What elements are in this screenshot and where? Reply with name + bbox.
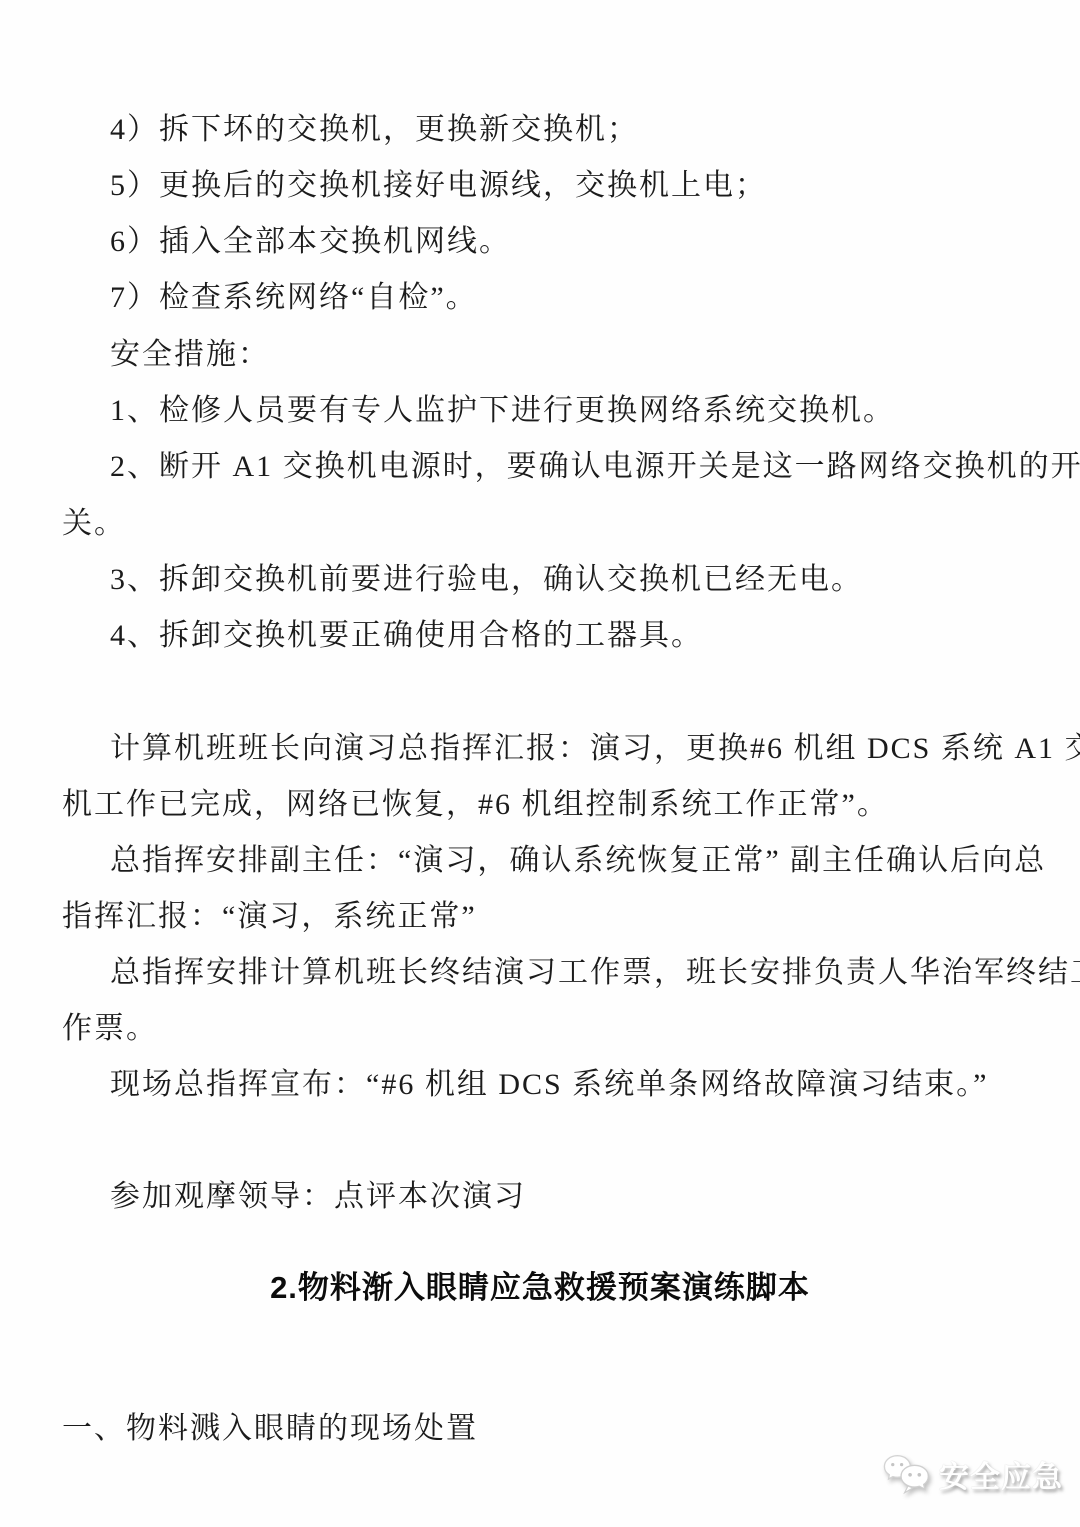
- body-line: 4）拆下坏的交换机，更换新交换机；: [110, 112, 639, 148]
- section-heading: 2.物料渐入眼睛应急救援预案演练脚本: [0, 1262, 1080, 1307]
- body-line: 参加观摩领导：点评本次演习: [110, 1179, 526, 1215]
- wechat-bubbles-icon: [882, 1453, 932, 1495]
- body-line: 总指挥安排计算机班长终结演习工作票，班长安排负责人华治军终结工: [110, 955, 1080, 991]
- body-line: 6）插入全部本交换机网线。: [110, 224, 511, 260]
- continuation-line: 关。: [62, 506, 126, 542]
- document-page: 4）拆下坏的交换机，更换新交换机； 5）更换后的交换机接好电源线，交换机上电； …: [0, 0, 1080, 1527]
- continuation-line: 指挥汇报：“演习，系统正常”: [62, 899, 477, 935]
- continuation-line: 作票。: [62, 1011, 158, 1047]
- watermark-label: 安全应急: [939, 1452, 1063, 1496]
- body-line: 4、拆卸交换机要正确使用合格的工器具。: [110, 618, 703, 654]
- subsection-title: 一、物料溅入眼睛的现场处置: [62, 1411, 478, 1447]
- watermark: 安全应急: [882, 1452, 1063, 1496]
- body-line: 3、拆卸交换机前要进行验电，确认交换机已经无电。: [110, 562, 863, 598]
- body-line: 计算机班班长向演习总指挥汇报：演习，更换#6 机组 DCS 系统 A1 交换: [110, 731, 1080, 767]
- body-line: 5）更换后的交换机接好电源线，交换机上电；: [110, 168, 767, 204]
- body-line: 2、断开 A1 交换机电源时，要确认电源开关是这一路网络交换机的开: [110, 449, 1080, 485]
- body-line: 安全措施：: [110, 337, 270, 373]
- body-line: 1、检修人员要有专人监护下进行更换网络系统交换机。: [110, 393, 895, 429]
- body-line: 现场总指挥宣布：“#6 机组 DCS 系统单条网络故障演习结束。”: [110, 1067, 989, 1103]
- body-line: 总指挥安排副主任：“演习，确认系统恢复正常” 副主任确认后向总: [110, 843, 1046, 879]
- continuation-line: 机工作已完成，网络已恢复，#6 机组控制系统工作正常”。: [62, 787, 889, 823]
- body-line: 7）检查系统网络“自检”。: [110, 280, 478, 316]
